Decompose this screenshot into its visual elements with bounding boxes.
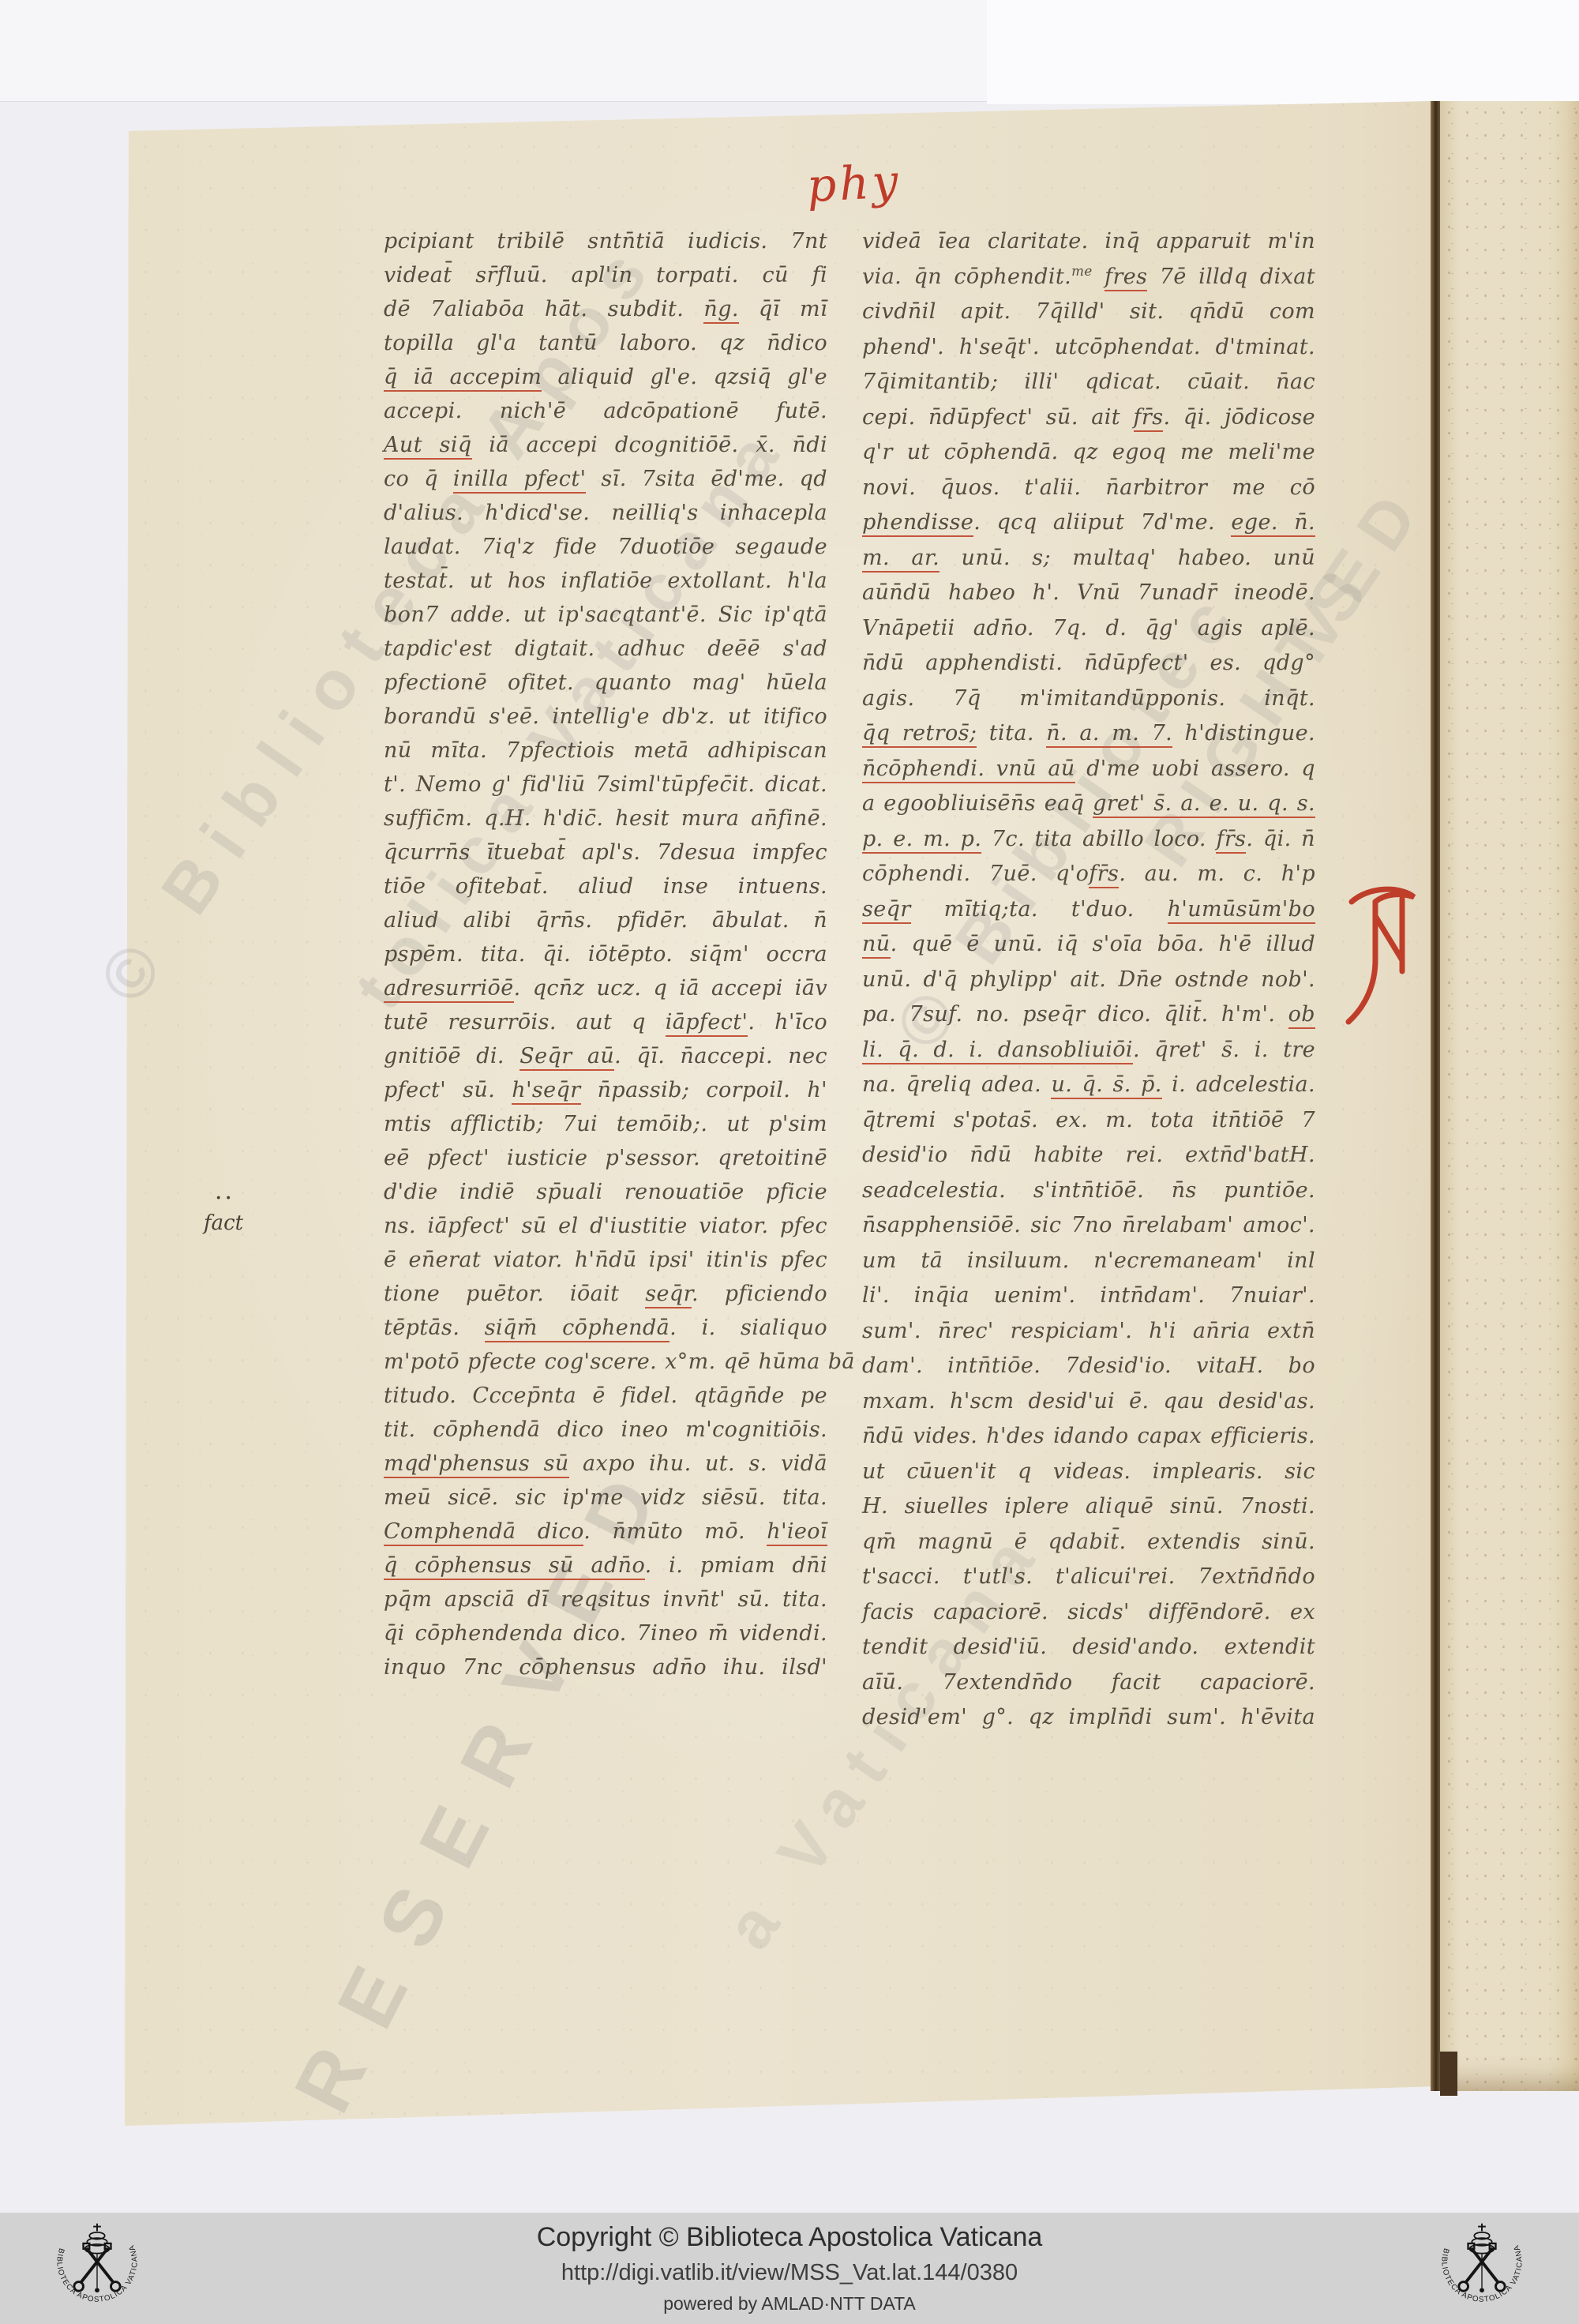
manuscript-line: 7q̄imitantib; illi' qdicat. cūait. n̄ac (862, 365, 1315, 400)
manuscript-line: q̄ cōphensus sū adn̄o. i. pmiam dn̄i (384, 1549, 827, 1582)
manuscript-line: via. q̄n cōphendit.me fres 7ē illdq dixa… (862, 260, 1315, 295)
red-underlined-text: Comphendā dico (384, 1519, 583, 1546)
manuscript-line: sum'. n̄rec' respiciam'. h'i an̄ria extn… (862, 1314, 1315, 1350)
manuscript-line: tapdic'est digtait. adhuc deēē s'ad (384, 632, 827, 666)
manuscript-line: t'. Nemo g' fid'liū 7siml'tūpfec̄it. dic… (384, 768, 827, 802)
manuscript-line: videat̄ sr̄fluū. apl'in torpati. cū fi (384, 258, 827, 292)
margin-note-dots: ·· (215, 1185, 234, 1212)
manuscript-line: pspēm. tita. q̄i. iōtēpto. siq̄m' occra (384, 937, 827, 971)
manuscript-line: d'die indiē sp̄uali renouatiōe pficie (384, 1175, 827, 1209)
red-underlined-text: q̄q retros̄; (862, 721, 977, 748)
manuscript-line: mxam. h'scm desid'ui ē. qau desid'as. (862, 1384, 1315, 1420)
footer-copyright: Copyright © Biblioteca Apostolica Vatica… (537, 2222, 1043, 2253)
vatican-library-logo-right: BIBLIOTECA APOSTOLICA VATICANA (1407, 2216, 1557, 2323)
manuscript-line: accepi. nich'ē adcōpationē futē. (384, 394, 827, 428)
red-underlined-text: Seq̄r aū (519, 1044, 614, 1071)
red-underlined-text: Aut siq̄ (384, 433, 472, 460)
manuscript-line: tutē resurrōis. aut q iāpfect'. h'īco (384, 1005, 827, 1039)
red-underlined-text: siq̄m̄ cōphendā (485, 1316, 669, 1342)
manuscript-scan-viewer: © Biblioteca Apostolica VaticanaRESERVED… (0, 0, 1579, 2324)
binding-gutter (1431, 101, 1440, 2091)
manuscript-line: li. q̄. d. i. dansobliuiōi. q̄ret' s̄. i… (862, 1033, 1315, 1068)
manuscript-line: q'r ut cōphendā. qz egoq me meli'me (862, 435, 1315, 471)
manuscript-line: aliud alibi q̄rn̄s. pfidēr. ābulat. n̄ (384, 903, 827, 937)
manuscript-line: Vnāpetii adn̄o. 7q. d. q̄g' agis aplē. (862, 611, 1315, 647)
binding-tail (1440, 2052, 1457, 2096)
scanner-board-top-right (987, 0, 1579, 104)
manuscript-line: titudo. Cccep̄nta ē fidel. qtāgn̄de pe (384, 1379, 827, 1413)
manuscript-line: n̄sapphensiōē. sic 7no n̄relabam' amoc'. (862, 1208, 1315, 1244)
red-underlined-text: phendisse (862, 510, 973, 537)
manuscript-line: tione puētor. iōait seq̄r. pficiendo (384, 1277, 827, 1311)
text-column-left: pcipiant tribilē sntn̄tiā iudicis. 7ntvi… (384, 224, 827, 1684)
quire-mark: phy (805, 151, 966, 212)
manuscript-line: p. e. m. p. 7c. tita abillo loco. fr̄s. … (862, 822, 1315, 858)
manuscript-line: na. q̄reliq adea. u. q̄. s̄. p̄. i. adce… (862, 1068, 1315, 1103)
red-underlined-text: mqd'phensus sū (384, 1451, 569, 1478)
red-underlined-text: h'ieoī (767, 1519, 827, 1546)
manuscript-line: civdn̄il apit. 7q̄illd' sit. qn̄dū com (862, 295, 1315, 330)
manuscript-line: n̄dū vides. h'des idando capax efficieri… (862, 1419, 1315, 1455)
manuscript-line: m. ar. unū. s; multaq' habeo. unū (862, 541, 1315, 576)
manuscript-line: topilla gl'a tantū laboro. qz n̄dico (384, 326, 827, 360)
red-underlined-text: nū (862, 932, 891, 959)
red-underlined-text: n̄g. (703, 297, 738, 324)
manuscript-line: qm̄ magnū ē qdabit̄. extendis sinū. (862, 1525, 1315, 1560)
red-underlined-text: u. q̄. s̄. p̄. (1051, 1072, 1161, 1099)
manuscript-line: n̄dū apphendisti. n̄dūpfect' es. qdg° (862, 646, 1315, 681)
manuscript-line: unū. d'q̄ phylipp' ait. Dn̄e ostnde nob'… (862, 963, 1315, 998)
red-underlined-text: m. ar. (862, 546, 940, 573)
manuscript-line: desid'em' g°. qz impln̄di sum'. h'ēvita (862, 1700, 1315, 1736)
manuscript-line: gnitiōē di. Seq̄r aū. q̄ī. n̄accepi. nec (384, 1039, 827, 1073)
manuscript-line: dē 7aliabōa hāt. subdit. n̄g. q̄ī mī (384, 292, 827, 326)
manuscript-line: pfectionē ofitet. quanto mag' hūela (384, 666, 827, 700)
manuscript-line: d'alius. h'dicd'se. neilliq's inhacepla (384, 496, 827, 530)
red-underlined-text: fr̄s (1134, 405, 1164, 432)
vatican-library-logo-left: BIBLIOTECA APOSTOLICA VATICANA (22, 2216, 172, 2323)
manuscript-line: seadcelestia. s'intn̄tiōē. n̄s puntiōe. (862, 1173, 1315, 1209)
manuscript-line: ns. iāpfect' sū el d'iustitie viator. pf… (384, 1209, 827, 1243)
manuscript-line: novi. q̄uos. t'alii. n̄arbitror me cō (862, 471, 1315, 506)
manuscript-line: laudat. 7iq'z fide 7duotiōe segaude (384, 530, 827, 564)
red-underlined-text: ege. n̄. (1231, 510, 1315, 537)
interlinear-gloss: me (1071, 263, 1093, 279)
manuscript-line: agis. 7q̄ m'imitandūpponis. inq̄t. (862, 681, 1315, 717)
manuscript-line: pq̄m apsciā dī reqsitus invn̄t' sū. tita… (384, 1582, 827, 1616)
manuscript-line: tēptās. siq̄m̄ cōphendā. i. sialiquo (384, 1311, 827, 1345)
footer-url: http://digi.vatlib.it/view/MSS_Vat.lat.1… (561, 2260, 1018, 2286)
manuscript-line: aūn̄dū habeo h'. Vnū 7unadr̄ ineodē. (862, 576, 1315, 611)
footer-powered-by: powered by AMLAD·NTT DATA (663, 2293, 916, 2315)
manuscript-line: dam'. intn̄tiōe. 7desid'io. vitaH. bo (862, 1349, 1315, 1384)
manuscript-line: q̄tremi s'potas̄. ex. m. tota itn̄tiōē 7 (862, 1103, 1315, 1139)
manuscript-line: q̄i cōphendenda dico. 7ineo m̄ videndi. (384, 1616, 827, 1650)
manuscript-line: pfect' sū. h'seq̄r n̄passib; corpoil. h' (384, 1073, 827, 1107)
red-underlined-text: ob (1288, 1002, 1315, 1029)
red-underlined-text: adresurriōē (384, 976, 514, 1003)
red-underlined-text: n̄cōphendi. vnū aū (862, 757, 1075, 783)
manuscript-line: H. siuelles iplere aliquē sinū. 7nosti. (862, 1489, 1315, 1525)
manuscript-line: cōphendi. 7uē. q'ofr̄s. au. m. c. h'p (862, 857, 1315, 892)
manuscript-line: facis capaciorē. sicds' diffēndorē. ex (862, 1595, 1315, 1631)
red-underlined-text: h'umūsūm'bo (1168, 897, 1315, 924)
manuscript-line: nū mīta. 7pfectiois metā adhipiscan (384, 734, 827, 768)
adjacent-folio-edge (1440, 101, 1579, 2091)
red-underlined-text: seq̄r (645, 1282, 692, 1308)
red-underlined-text: iāpfect' (666, 1010, 748, 1037)
footer-bar: Copyright © Biblioteca Apostolica Vatica… (0, 2213, 1579, 2324)
manuscript-line: um tā insiluum. n'ecremaneam' inl (862, 1244, 1315, 1279)
manuscript-line: seq̄r mītiq;ta. t'duo. h'umūsūm'bo (862, 892, 1315, 928)
margin-note: fact (204, 1211, 243, 1235)
manuscript-line: tiōe ofitebat̄. aliud inse intuens. (384, 869, 827, 903)
footer-text-block: Copyright © Biblioteca Apostolica Vatica… (237, 2213, 1342, 2324)
red-underlined-text: gret' s̄. a. e. u. q. s. (1093, 791, 1315, 818)
manuscript-line: nū. quē ē unū. iq̄ s'oīa bōa. h'ē illud (862, 927, 1315, 963)
manuscript-line: pa. 7suf. no. pseq̄r dico. q̄lit̄. h'm'.… (862, 997, 1315, 1033)
manuscript-line: Comphendā dico. n̄mūto mō. h'ieoī (384, 1515, 827, 1549)
manuscript-line: m'potō pfecte cog'scere. x°m. qē hūma bā (384, 1345, 827, 1379)
manuscript-line: ut cūuen'it q videas. implearis. sic (862, 1455, 1315, 1490)
manuscript-line: meū sicē. sic ip'me vidz siēsū. tita. (384, 1481, 827, 1515)
manuscript-line: adresurriōē. qcn̄z ucz. q iā accepi iāv (384, 971, 827, 1005)
manuscript-line: q̄ iā accepim aliquid gl'e. qzsiq̄ gl'e (384, 360, 827, 394)
manuscript-line: mtis afflictib; 7ui temōib;. ut p'sim (384, 1107, 827, 1141)
manuscript-line: videā īea claritate. inq̄ apparuit m'in (862, 224, 1315, 260)
manuscript-line: q̄currn̄s ītuebat̄ apl's. 7desua impfec (384, 835, 827, 869)
manuscript-line: a egoobliuisēn̄s eaq̄ gret' s̄. a. e. u.… (862, 787, 1315, 822)
manuscript-line: ē en̄erat viator. h'n̄dū ipsi' itin'is p… (384, 1243, 827, 1277)
manuscript-line: pcipiant tribilē sntn̄tiā iudicis. 7nt (384, 224, 827, 258)
manuscript-line: aīū. 7extendn̄do facit capaciorē. (862, 1665, 1315, 1701)
red-underlined-text: p. e. m. p. (862, 827, 981, 854)
red-underlined-text: seq̄r (862, 897, 911, 924)
red-underlined-text: n̄. a. m. 7. (1046, 721, 1172, 748)
manuscript-line: inquo 7nc cōphensus adn̄o ihu. ilsd' (384, 1650, 827, 1684)
text-column-right: videā īea claritate. inq̄ apparuit m'inv… (862, 224, 1315, 1736)
red-nota-mark (1337, 883, 1416, 1036)
manuscript-line: mqd'phensus sū axpo ihu. ut. s. vidā (384, 1447, 827, 1481)
manuscript-line: Aut siq̄ iā accepi dcognitiōē. x̄. n̄di (384, 428, 827, 462)
red-underlined-text: inilla pfect' (453, 467, 587, 494)
manuscript-line: bon7 adde. ut ip'sacqtant'ē. Sic ip'qtā (384, 598, 827, 632)
red-underlined-text: fr̄s (1089, 862, 1119, 888)
manuscript-line: n̄cōphendi. vnū aū d'me uobi assero. q (862, 752, 1315, 787)
manuscript-line: tendit desid'iū. desid'ando. extendit (862, 1630, 1315, 1665)
manuscript-line: suffic̄m. q.H. h'dic̄. hesit mura an̄fin… (384, 802, 827, 835)
red-underlined-text: q̄ iā accepim (384, 365, 542, 392)
manuscript-line: eē pfect' iusticie p'sessor. qretoitinē (384, 1141, 827, 1175)
manuscript-line: testat̄. ut hos inflatiōe extollant. h'l… (384, 564, 827, 598)
red-underlined-text: h'seq̄r (512, 1078, 580, 1105)
manuscript-line: t'sacci. t'utl's. t'alicui'rei. 7extn̄dn… (862, 1560, 1315, 1595)
manuscript-line: desid'io n̄dū habite rei. extn̄d'batH. (862, 1138, 1315, 1173)
red-underlined-text: fr̄s (1216, 827, 1246, 854)
manuscript-line: borandū s'eē. intellig'e db'z. ut itific… (384, 700, 827, 734)
manuscript-line: li'. inq̄ia uenim'. intn̄dam'. 7nuiar'. (862, 1278, 1315, 1314)
red-underlined-text: li. q̄. d. i. dansobliuiōi (862, 1038, 1133, 1064)
red-underlined-text: fres (1105, 265, 1147, 291)
manuscript-line: q̄q retros̄; tita. n̄. a. m. 7. h'distin… (862, 716, 1315, 752)
manuscript-line: phend'. h'seq̄t'. utcōphendat. d'tminat. (862, 330, 1315, 366)
manuscript-line: co q̄ inilla pfect' sī. 7sita ēd'me. qd (384, 462, 827, 496)
manuscript-line: tit. cōphendā dico ineo m'cognitiōis. (384, 1413, 827, 1447)
manuscript-line: cepi. n̄dūpfect' sū. ait fr̄s. q̄i. jōdi… (862, 400, 1315, 436)
manuscript-line: phendisse. qcq aliiput 7d'me. ege. n̄. (862, 505, 1315, 541)
red-underlined-text: q̄ cōphensus sū adn̄o (384, 1553, 645, 1580)
